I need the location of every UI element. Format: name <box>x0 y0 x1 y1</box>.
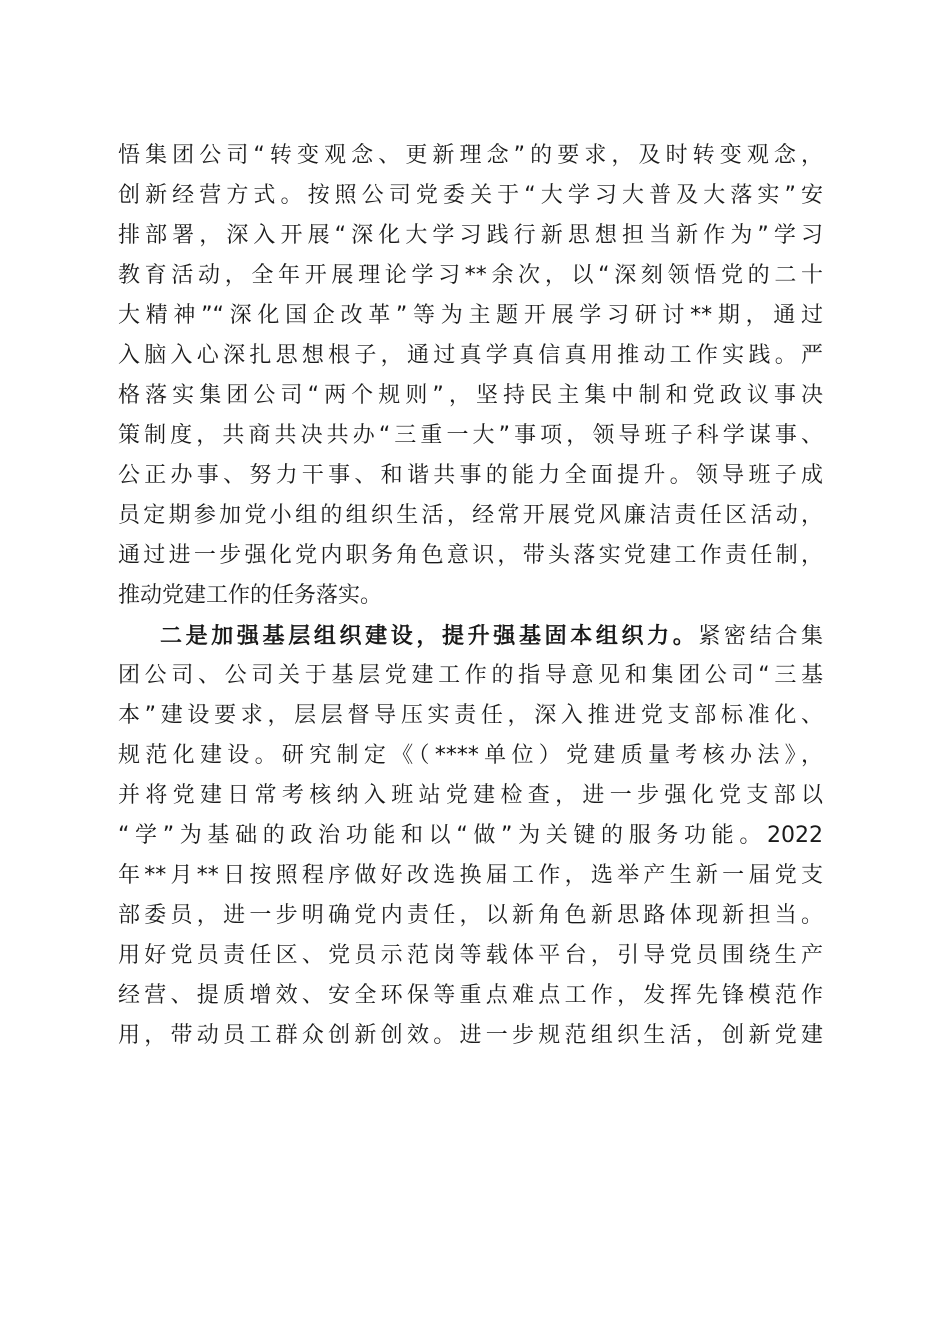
paragraph-line: 员定期参加党小组的组织生活，经常开展党风廉洁责任区活动， <box>118 500 823 532</box>
paragraph-line: 悟集团公司“转变观念、更新理念”的要求，及时转变观念， <box>118 140 823 172</box>
paragraph-line: 并将党建日常考核纳入班站党建检查，进一步强化党支部以 <box>118 780 823 812</box>
paragraph-line: 年**月**日按照程序做好改选换届工作，选举产生新一届党支 <box>118 860 823 892</box>
document-page: 悟集团公司“转变观念、更新理念”的要求，及时转变观念， 创新经营方式。按照公司党… <box>0 0 950 1344</box>
paragraph-line: 规范化建设。研究制定《（****单位）党建质量考核办法》， <box>118 740 823 772</box>
paragraph-line: 格落实集团公司“两个规则”，坚持民主集中制和党政议事决 <box>118 380 823 412</box>
paragraph-line: 本”建设要求，层层督导压实责任，深入推进党支部标准化、 <box>118 700 823 732</box>
paragraph-line: 入脑入心深扎思想根子，通过真学真信真用推动工作实践。严 <box>118 340 823 372</box>
paragraph-line: 创新经营方式。按照公司党委关于“大学习大普及大落实”安 <box>118 180 823 212</box>
section-first-line-text: 紧密结合集 <box>698 624 823 649</box>
paragraph-line: 用好党员责任区、党员示范岗等载体平台，引导党员围绕生产 <box>118 940 823 972</box>
section-first-line: 二是加强基层组织建设，提升强基固本组织力。紧密结合集 <box>160 620 823 652</box>
paragraph-line: 公正办事、努力干事、和谐共事的能力全面提升。领导班子成 <box>118 460 823 492</box>
paragraph-line: 教育活动，全年开展理论学习**余次，以“深刻领悟党的二十 <box>118 260 823 292</box>
paragraph-line: 团公司、公司关于基层党建工作的指导意见和集团公司“三基 <box>118 660 823 692</box>
paragraph-line: 部委员，进一步明确党内责任，以新角色新思路体现新担当。 <box>118 900 823 932</box>
paragraph-line: 推动党建工作的任务落实。 <box>118 580 823 612</box>
paragraph-line: 通过进一步强化党内职务角色意识，带头落实党建工作责任制， <box>118 540 823 572</box>
paragraph-line: 大精神”“深化国企改革”等为主题开展学习研讨**期，通过 <box>118 300 823 332</box>
paragraph-line: “学”为基础的政治功能和以“做”为关键的服务功能。2022 <box>118 820 823 852</box>
section-heading: 二是加强基层组织建设，提升强基固本组织力。 <box>160 623 698 649</box>
paragraph-line: 排部署，深入开展“深化大学习践行新思想担当新作为”学习 <box>118 220 823 252</box>
paragraph-line: 经营、提质增效、安全环保等重点难点工作，发挥先锋模范作 <box>118 980 823 1012</box>
paragraph-line: 策制度，共商共决共办“三重一大”事项，领导班子科学谋事、 <box>118 420 823 452</box>
paragraph-line: 用，带动员工群众创新创效。进一步规范组织生活，创新党建 <box>118 1020 823 1052</box>
